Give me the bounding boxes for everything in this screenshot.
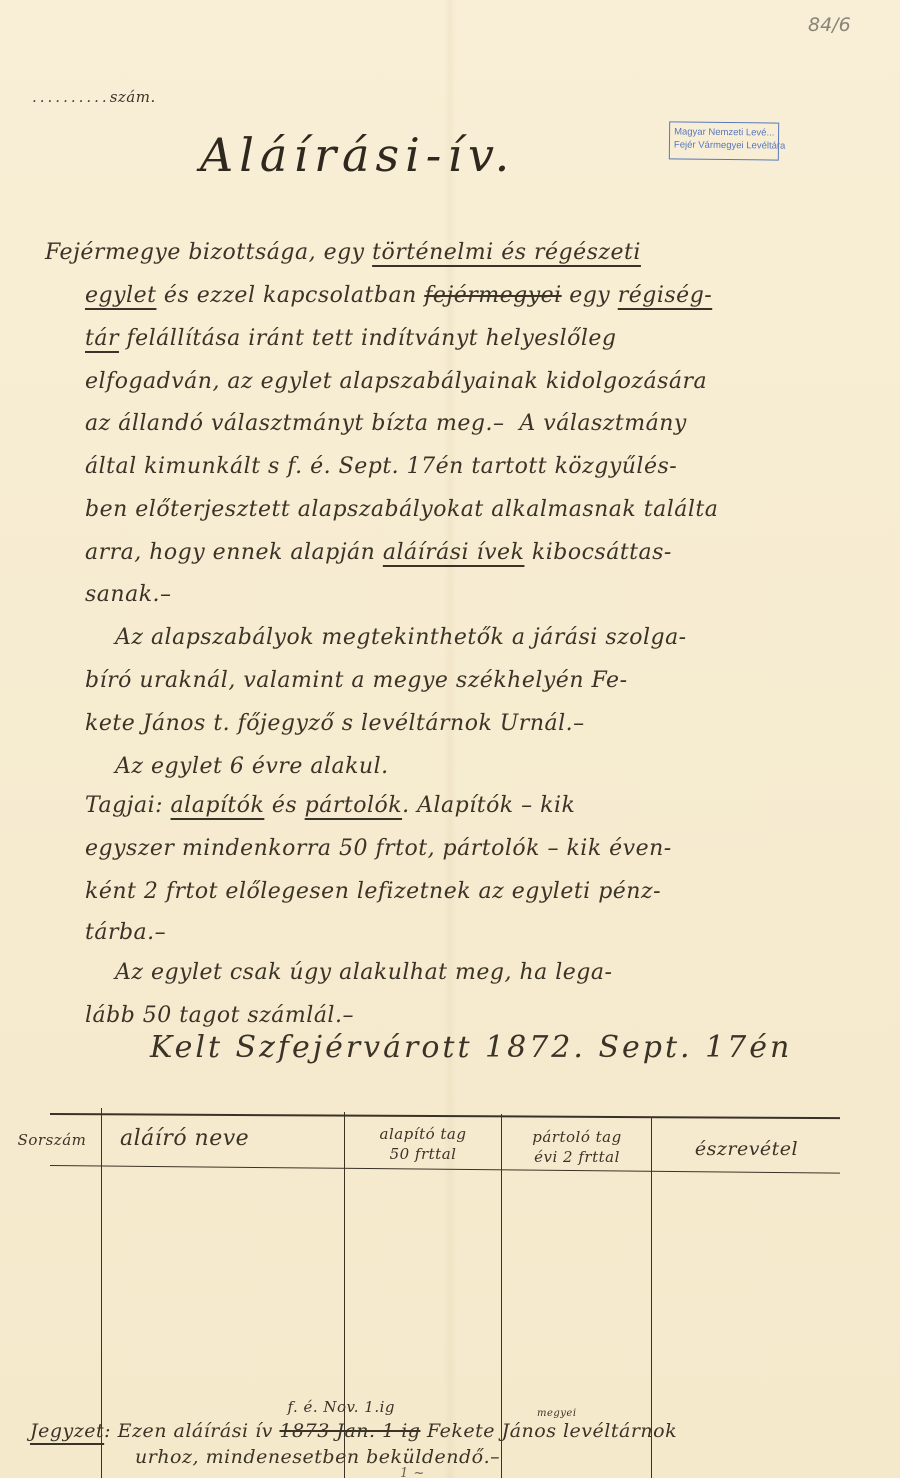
body-line: által kimunkált s f. é. Sept. 17én tarto… — [85, 454, 677, 479]
body-line: Fejérmegye bizottsága, egy történelmi és… — [45, 240, 641, 265]
text-span: ben előterjesztett alapszabályokat alkal… — [85, 497, 718, 522]
text-span: Az egylet 6 évre alakul. — [85, 754, 389, 779]
struck-phrase: fejérmegyei — [424, 283, 561, 308]
archive-reference-number: 84/6 — [808, 14, 851, 36]
body-line: kete János t. főjegyző s levéltárnok Urn… — [85, 711, 585, 736]
body-line: egylet és ezzel kapcsolatban fejérmegyei… — [85, 283, 712, 308]
page-mark: 1 ~ — [400, 1466, 425, 1478]
header-partolo-tag: pártoló tag évi 2 frttal — [503, 1127, 651, 1167]
footnote-struck-date: 1873 Jan. 1 ig — [279, 1420, 420, 1442]
header-alairo-neve: aláíró neve — [104, 1128, 360, 1150]
footnote-line-2: urhoz, mindenesetben beküldendő.– — [135, 1446, 500, 1468]
underlined-phrase: aláírási ívek — [383, 540, 525, 565]
table-top-border — [50, 1113, 840, 1119]
text-span: Az egylet csak úgy alakulhat meg, ha leg… — [85, 960, 612, 985]
body-line: sanak.– — [85, 582, 172, 607]
footnote-text-2: Fekete János — [420, 1420, 563, 1442]
text-span: egy — [562, 283, 618, 308]
header-alapito-tag: alapító tag 50 frttal — [346, 1124, 500, 1164]
body-line: az állandó választmányt bízta meg.– A vá… — [85, 411, 687, 436]
footnote-label: Jegyzet — [30, 1420, 104, 1442]
underlined-phrase: pártolók — [305, 793, 402, 818]
text-span: felállítása iránt tett indítványt helyes… — [119, 326, 617, 351]
header-partolo-label: pártoló tag — [503, 1127, 651, 1147]
body-line: Az egylet csak úgy alakulhat meg, ha leg… — [85, 960, 612, 985]
underlined-phrase: tár — [85, 326, 119, 351]
body-line: tárba.– — [85, 920, 166, 945]
footnote-inserted-date: f. é. Nov. 1.ig — [287, 1398, 395, 1416]
text-span: Tagjai: — [85, 793, 171, 818]
stamp-line-2: Fejér Vármegyei Levéltára — [674, 138, 774, 152]
text-span: kete János t. főjegyző s levéltárnok Urn… — [85, 711, 585, 736]
text-span: az állandó választmányt bízta meg.– A vá… — [85, 411, 687, 436]
body-line: Az alapszabályok megtekinthetők a járási… — [85, 625, 687, 650]
footnote-superscript: megyei — [537, 1408, 577, 1419]
underlined-phrase: történelmi és régészeti — [372, 240, 641, 265]
archive-stamp: Magyar Nemzeti Levé... Fejér Vármegyei L… — [669, 121, 779, 160]
underlined-phrase: alapítók — [171, 793, 265, 818]
body-line: ben előterjesztett alapszabályokat alkal… — [85, 497, 718, 522]
body-line: Tagjai: alapítók és pártolók. Alapítók –… — [85, 793, 575, 818]
footnote-text-1: : Ezen aláírási ív — [104, 1420, 279, 1442]
underlined-phrase: egylet — [85, 283, 156, 308]
text-span: és — [264, 793, 304, 818]
footnote-line-1: Jegyzet: Ezen aláírási ív f. é. Nov. 1.i… — [30, 1420, 677, 1442]
underlined-phrase: régiség- — [618, 283, 712, 308]
header-alapito-label: alapító tag — [346, 1124, 500, 1144]
number-label: szám. — [110, 88, 156, 106]
document-number-line: ..........szám. — [32, 88, 156, 106]
text-span: tárba.– — [85, 920, 166, 945]
text-span: arra, hogy ennek alapján — [85, 540, 383, 565]
text-span: sanak.– — [85, 582, 172, 607]
text-span: és ezzel kapcsolatban — [156, 283, 424, 308]
number-dots: .......... — [32, 88, 110, 106]
text-span: ként 2 frtot előlegesen lefizetnek az eg… — [85, 879, 661, 904]
stamp-line-1: Magyar Nemzeti Levé... — [674, 125, 774, 139]
footnote-text-3: levéltárnok — [563, 1420, 677, 1442]
body-line: bíró uraknál, valamint a megye székhelyé… — [85, 668, 628, 693]
text-span: . Alapítók – kik — [402, 793, 575, 818]
body-line: arra, hogy ennek alapján aláírási ívek k… — [85, 540, 672, 565]
header-sorszam: Sorszám — [4, 1130, 100, 1150]
text-span: Fejérmegye bizottsága, egy — [45, 240, 372, 265]
body-line: egyszer mindenkorra 50 frtot, pártolók –… — [85, 836, 672, 861]
text-span: egyszer mindenkorra 50 frtot, pártolók –… — [85, 836, 672, 861]
text-span: bíró uraknál, valamint a megye székhelyé… — [85, 668, 628, 693]
text-span: kibocsáttas- — [524, 540, 671, 565]
text-span: lább 50 tagot számlál.– — [85, 1003, 354, 1028]
text-span: elfogadván, az egylet alapszabályainak k… — [85, 369, 707, 394]
table-header-divider — [50, 1165, 840, 1174]
body-line: elfogadván, az egylet alapszabályainak k… — [85, 369, 707, 394]
body-line: lább 50 tagot számlál.– — [85, 1003, 354, 1028]
body-line: Az egylet 6 évre alakul. — [85, 754, 389, 779]
header-alapito-sub: 50 frttal — [346, 1144, 500, 1164]
header-eszrevetel: észrevétel — [653, 1138, 840, 1160]
text-span: által kimunkált s f. é. Sept. 17én tarto… — [85, 454, 677, 479]
body-line: ként 2 frtot előlegesen lefizetnek az eg… — [85, 879, 661, 904]
header-partolo-sub: évi 2 frttal — [503, 1147, 651, 1167]
place-and-date: Kelt Szfejérvárott 1872. Sept. 17én — [150, 1030, 792, 1065]
text-span: Az alapszabályok megtekinthetők a járási… — [85, 625, 687, 650]
body-line: tár felállítása iránt tett indítványt he… — [85, 326, 617, 351]
page-title: Aláírási-ív. — [200, 128, 515, 182]
